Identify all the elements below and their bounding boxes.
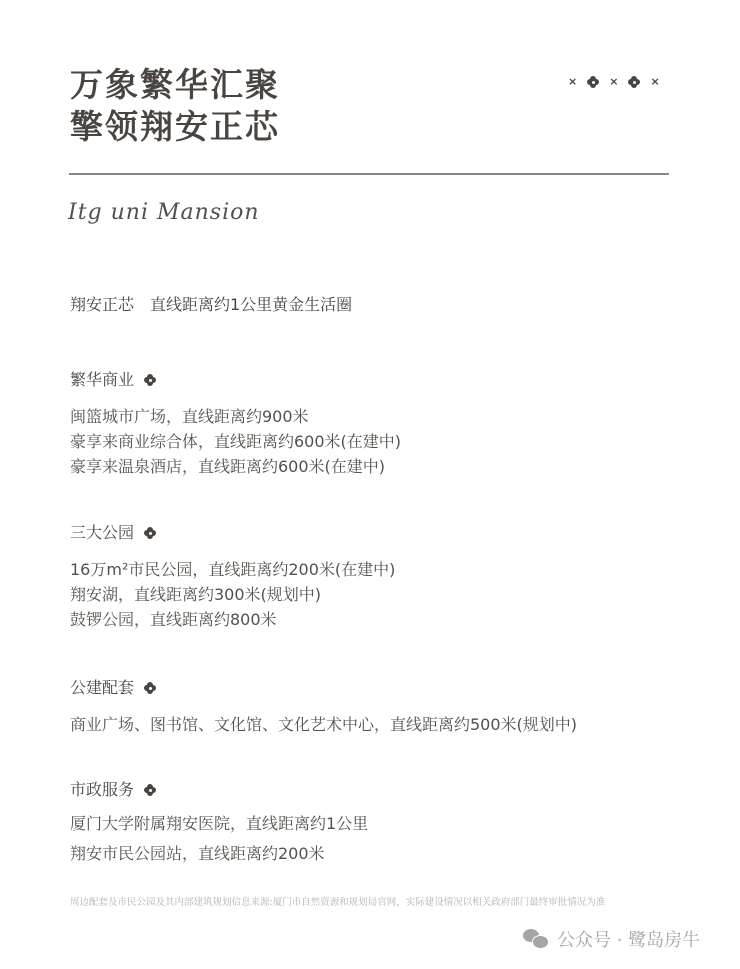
clover-icon xyxy=(587,76,599,88)
clover-icon xyxy=(628,76,640,88)
watermark-text: 公众号 · 鹭岛房牛 xyxy=(557,926,700,952)
list-item: 16万m²市民公园，直线距离约200米(在建中) xyxy=(70,557,395,582)
x-mark-icon: × xyxy=(568,75,577,89)
clover-icon xyxy=(144,784,156,796)
list-item: 豪享来商业综合体，直线距离约600米(在建中) xyxy=(70,429,401,454)
section-heading: 公建配套 xyxy=(70,677,577,699)
divider-line xyxy=(69,173,669,175)
clover-icon xyxy=(144,682,156,694)
x-mark-icon: × xyxy=(609,75,618,89)
section-commerce: 繁华商业 闽篮城市广场，直线距离约900米 豪享来商业综合体，直线距离约600米… xyxy=(70,369,401,479)
list-item: 商业广场、图书馆、文化馆、文化艺术中心，直线距离约500米(规划中) xyxy=(70,712,577,737)
list-item: 翔安湖，直线距离约300米(规划中) xyxy=(70,582,395,607)
clover-icon xyxy=(144,527,156,539)
section-lines: 商业广场、图书馆、文化馆、文化艺术中心，直线距离约500米(规划中) xyxy=(70,712,577,737)
list-item: 鼓锣公园，直线距离约800米 xyxy=(70,607,395,632)
section-lines: 厦门大学附属翔安医院，直线距离约1公里 翔安市民公园站，直线距离约200米 xyxy=(70,809,368,869)
section-heading-text: 三大公园 xyxy=(70,522,134,544)
footnote-disclaimer: 周边配套及市民公园及其内部建筑规划信息来源:厦门市自然资源和规划局官网，实际建设… xyxy=(70,894,605,908)
intro-line: 翔安正芯 直线距离约1公里黄金生活圈 xyxy=(70,294,352,316)
section-heading: 三大公园 xyxy=(70,522,395,544)
section-lines: 闽篮城市广场，直线距离约900米 豪享来商业综合体，直线距离约600米(在建中)… xyxy=(70,404,401,479)
section-heading-text: 繁华商业 xyxy=(70,369,134,391)
decorative-ornament: × × × xyxy=(568,75,660,89)
section-heading-text: 公建配套 xyxy=(70,677,134,699)
list-item: 豪享来温泉酒店，直线距离约600米(在建中) xyxy=(70,454,401,479)
section-municipal-services: 市政服务 厦门大学附属翔安医院，直线距离约1公里 翔安市民公园站，直线距离约20… xyxy=(70,779,368,869)
title-line-1: 万象繁华汇聚 xyxy=(70,64,280,106)
section-heading-text: 市政服务 xyxy=(70,779,134,801)
list-item: 闽篮城市广场，直线距离约900米 xyxy=(70,404,401,429)
list-item: 翔安市民公园站，直线距离约200米 xyxy=(70,839,368,869)
watermark: 公众号 · 鹭岛房牛 xyxy=(523,926,700,952)
section-heading: 繁华商业 xyxy=(70,369,401,391)
section-heading: 市政服务 xyxy=(70,779,368,801)
section-public-facilities: 公建配套 商业广场、图书馆、文化馆、文化艺术中心，直线距离约500米(规划中) xyxy=(70,677,577,737)
section-lines: 16万m²市民公园，直线距离约200米(在建中) 翔安湖，直线距离约300米(规… xyxy=(70,557,395,632)
x-mark-icon: × xyxy=(650,75,659,89)
clover-icon xyxy=(144,374,156,386)
list-item: 厦门大学附属翔安医院，直线距离约1公里 xyxy=(70,809,368,839)
page-title: 万象繁华汇聚 擎领翔安正芯 xyxy=(70,64,280,148)
wechat-icon xyxy=(523,928,549,950)
script-subtitle: Itg uni Mansion xyxy=(68,200,260,225)
title-line-2: 擎领翔安正芯 xyxy=(70,106,280,148)
section-parks: 三大公园 16万m²市民公园，直线距离约200米(在建中) 翔安湖，直线距离约3… xyxy=(70,522,395,632)
